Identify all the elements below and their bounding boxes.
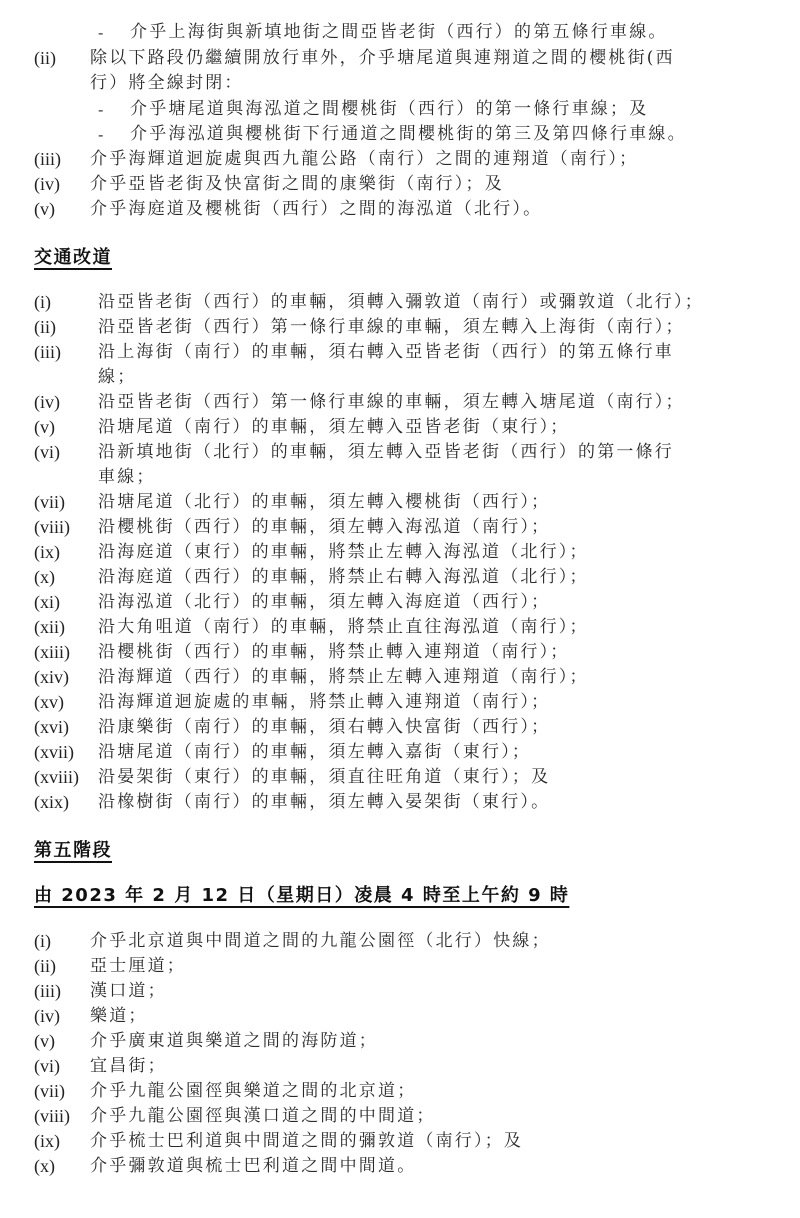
list-item-text: 沿塘尾道（南行）的車輛，須左轉入嘉街（東行）； — [98, 740, 531, 765]
list-item: (vii) 介乎九龍公園徑與樂道之間的北京道； — [0, 1079, 800, 1104]
list-item: (xi) 沿海泓道（北行）的車輛，須左轉入海庭道（西行）； — [0, 590, 800, 615]
list-item-text: 沿上海街（南行）的車輛，須右轉入亞皆老街（西行）的第五條行車 — [98, 340, 674, 365]
list-item-text: 亞士厘道； — [90, 954, 186, 979]
list-item-text: 沿海輝道迴旋處的車輛，將禁止轉入連翔道（南行）； — [98, 690, 550, 715]
list-item-label: (viii) — [34, 515, 70, 540]
list-item-text: 介乎塘尾道與海泓道之間櫻桃街（西行）的第一條行車線；及 — [130, 97, 648, 122]
list-item: (iii) 漢口道； — [0, 979, 800, 1004]
list-item: - 介乎塘尾道與海泓道之間櫻桃街（西行）的第一條行車線；及 — [0, 97, 800, 122]
list-item-label: (xiv) — [34, 665, 69, 690]
list-item: (xiii) 沿櫻桃街（西行）的車輛，將禁止轉入連翔道（南行）； — [0, 640, 800, 665]
bullet-dash: - — [98, 122, 103, 147]
list-item-label: (v) — [34, 1029, 55, 1054]
list-item: (xvi) 沿康樂街（南行）的車輛，須右轉入快富街（西行）； — [0, 715, 800, 740]
list-item-label: (xii) — [34, 615, 65, 640]
list-item-text: 介乎彌敦道與梳士巴利道之間中間道。 — [90, 1154, 416, 1179]
list-item-label: (iv) — [34, 1004, 60, 1029]
list-item: (vi) 宜昌街； — [0, 1054, 800, 1079]
list-item-label: (v) — [34, 197, 55, 222]
list-item-label: (viii) — [34, 1104, 70, 1129]
list-item-label: (x) — [34, 1154, 55, 1179]
list-item: (vi) 沿新填地街（北行）的車輛，須左轉入亞皆老街（西行）的第一條行 — [0, 440, 800, 465]
list-item-text: 介乎海泓道與櫻桃街下行通道之間櫻桃街的第三及第四條行車線。 — [130, 122, 687, 147]
list-item-text: 介乎九龍公園徑與樂道之間的北京道； — [90, 1079, 416, 1104]
list-item-label: (iv) — [34, 172, 60, 197]
list-item: (xix) 沿橡樹街（南行）的車輛，須左轉入晏架街（東行）。 — [0, 790, 800, 815]
bullet-dash: - — [98, 97, 103, 122]
list-item-text: 介乎北京道與中間道之間的九龍公園徑（北行）快線； — [90, 929, 551, 954]
list-item-text: 沿大角咀道（南行）的車輛，將禁止直往海泓道（南行）； — [98, 615, 589, 640]
list-item: (ix) 介乎梳士巴利道與中間道之間的彌敦道（南行）；及 — [0, 1129, 800, 1154]
list-item-text: 介乎亞皆老街及快富街之間的康樂街（南行）；及 — [90, 172, 504, 197]
list-item-text: 沿海泓道（北行）的車輛，須左轉入海庭道（西行）； — [98, 590, 550, 615]
list-item: (xvii) 沿塘尾道（南行）的車輛，須左轉入嘉街（東行）； — [0, 740, 800, 765]
list-item-text: 沿海輝道（西行）的車輛，將禁止左轉入連翔道（南行）； — [98, 665, 589, 690]
list-item-text: 行）將全線封閉： — [90, 71, 244, 96]
list-item: (v) 沿塘尾道（南行）的車輛，須左轉入亞皆老街（東行）； — [0, 415, 800, 440]
list-item-text: 沿海庭道（東行）的車輛，將禁止左轉入海泓道（北行）； — [98, 540, 589, 565]
list-item-label: (vi) — [34, 440, 60, 465]
list-item: (xviii) 沿晏架街（東行）的車輛，須直往旺角道（東行）；及 — [0, 765, 800, 790]
list-item-label: (ii) — [34, 954, 56, 979]
list-item-text: 沿新填地街（北行）的車輛，須左轉入亞皆老街（西行）的第一條行 — [98, 440, 674, 465]
list-item-text: 宜昌街； — [90, 1054, 167, 1079]
list-item-text: 沿亞皆老街（西行）第一條行車線的車輛，須左轉入塘尾道（南行）； — [98, 390, 685, 415]
list-item: (xiv) 沿海輝道（西行）的車輛，將禁止左轉入連翔道（南行）； — [0, 665, 800, 690]
list-item: (ii) 亞士厘道； — [0, 954, 800, 979]
list-item: - 介乎上海街與新填地街之間亞皆老街（西行）的第五條行車線。 — [0, 20, 800, 45]
list-item-text: 介乎廣東道與樂道之間的海防道； — [90, 1029, 378, 1054]
list-item-label: (xix) — [34, 790, 69, 815]
list-item-text: 除以下路段仍繼續開放行車外，介乎塘尾道與連翔道之間的櫻桃街(西 — [90, 46, 675, 71]
list-item: (iii) 沿上海街（南行）的車輛，須右轉入亞皆老街（西行）的第五條行車 — [0, 340, 800, 365]
list-item-label: (x) — [34, 565, 55, 590]
list-item-continuation: 行）將全線封閉： — [0, 71, 800, 96]
list-item: (ii) 沿亞皆老街（西行）第一條行車線的車輛，須左轉入上海街（南行）； — [0, 315, 800, 340]
list-item-label: (iii) — [34, 340, 61, 365]
list-item-label: (ix) — [34, 1129, 60, 1154]
list-item: (iii) 介乎海輝道迴旋處與西九龍公路（南行）之間的連翔道（南行）； — [0, 147, 800, 172]
list-item: (i) 介乎北京道與中間道之間的九龍公園徑（北行）快線； — [0, 929, 800, 954]
list-item-text: 沿橡樹街（南行）的車輛，須左轉入晏架街（東行）。 — [98, 790, 550, 815]
list-item-label: (xvii) — [34, 740, 74, 765]
list-item-label: (ii) — [34, 46, 56, 71]
list-item-label: (iii) — [34, 147, 61, 172]
list-item-label: (xi) — [34, 590, 60, 615]
list-item-text: 沿海庭道（西行）的車輛，將禁止右轉入海泓道（北行）； — [98, 565, 589, 590]
list-item-text: 沿亞皆老街（西行）第一條行車線的車輛，須左轉入上海街（南行）； — [98, 315, 685, 340]
list-item: (ix) 沿海庭道（東行）的車輛，將禁止左轉入海泓道（北行）； — [0, 540, 800, 565]
list-item-label: (xvi) — [34, 715, 69, 740]
list-item: (x) 沿海庭道（西行）的車輛，將禁止右轉入海泓道（北行）； — [0, 565, 800, 590]
list-item-label: (xv) — [34, 690, 64, 715]
section-heading-diversions: 交通改道 — [34, 243, 112, 269]
list-item-label: (v) — [34, 415, 55, 440]
list-item-label: (vii) — [34, 1079, 65, 1104]
stage-period-heading: 由 2023 年 2 月 12 日（星期日）凌晨 4 時至上午約 9 時 — [34, 881, 569, 907]
list-item-text: 沿櫻桃街（西行）的車輛，須左轉入海泓道（南行）； — [98, 515, 550, 540]
list-item: (viii) 沿櫻桃街（西行）的車輛，須左轉入海泓道（南行）； — [0, 515, 800, 540]
list-item-text: 沿塘尾道（南行）的車輛，須左轉入亞皆老街（東行）； — [98, 415, 570, 440]
list-item-text: 沿亞皆老街（西行）的車輛，須轉入彌敦道（南行）或彌敦道（北行）； — [98, 290, 704, 315]
list-item: (i) 沿亞皆老街（西行）的車輛，須轉入彌敦道（南行）或彌敦道（北行）； — [0, 290, 800, 315]
list-item: (v) 介乎海庭道及櫻桃街（西行）之間的海泓道（北行）。 — [0, 197, 800, 222]
list-item-text: 介乎海輝道迴旋處與西九龍公路（南行）之間的連翔道（南行）； — [90, 147, 638, 172]
list-item-label: (iii) — [34, 979, 61, 1004]
list-item-label: (vi) — [34, 1054, 60, 1079]
list-item: (x) 介乎彌敦道與梳士巴利道之間中間道。 — [0, 1154, 800, 1179]
list-item: (ii) 除以下路段仍繼續開放行車外，介乎塘尾道與連翔道之間的櫻桃街(西 — [0, 46, 800, 71]
list-item-text: 漢口道； — [90, 979, 167, 1004]
list-item-text: 線； — [98, 365, 136, 390]
list-item-label: (vii) — [34, 490, 65, 515]
list-item-text: 車線； — [98, 465, 156, 490]
list-item: (vii) 沿塘尾道（北行）的車輛，須左轉入櫻桃街（西行）； — [0, 490, 800, 515]
list-item-label: (xiii) — [34, 640, 70, 665]
list-item-continuation: 線； — [0, 365, 800, 390]
list-item-label: (iv) — [34, 390, 60, 415]
list-item-text: 樂道； — [90, 1004, 148, 1029]
list-item-text: 沿康樂街（南行）的車輛，須右轉入快富街（西行）； — [98, 715, 550, 740]
list-item: (xii) 沿大角咀道（南行）的車輛，將禁止直往海泓道（南行）； — [0, 615, 800, 640]
list-item: (iv) 沿亞皆老街（西行）第一條行車線的車輛，須左轉入塘尾道（南行）； — [0, 390, 800, 415]
section-heading-stage-five: 第五階段 — [34, 836, 112, 862]
list-item-label: (ix) — [34, 540, 60, 565]
bullet-dash: - — [98, 20, 103, 45]
list-item-text: 介乎梳士巴利道與中間道之間的彌敦道（南行）；及 — [90, 1129, 523, 1154]
list-item-text: 介乎九龍公園徑與漢口道之間的中間道； — [90, 1104, 436, 1129]
list-item-text: 沿塘尾道（北行）的車輛，須左轉入櫻桃街（西行）； — [98, 490, 550, 515]
list-item-text: 沿櫻桃街（西行）的車輛，將禁止轉入連翔道（南行）； — [98, 640, 570, 665]
list-item: (iv) 樂道； — [0, 1004, 800, 1029]
list-item-label: (i) — [34, 929, 51, 954]
list-item-label: (xviii) — [34, 765, 79, 790]
list-item-label: (i) — [34, 290, 51, 315]
list-item: (xv) 沿海輝道迴旋處的車輛，將禁止轉入連翔道（南行）； — [0, 690, 800, 715]
list-item-label: (ii) — [34, 315, 56, 340]
list-item-text: 介乎上海街與新填地街之間亞皆老街（西行）的第五條行車線。 — [130, 20, 668, 45]
list-item: - 介乎海泓道與櫻桃街下行通道之間櫻桃街的第三及第四條行車線。 — [0, 122, 800, 147]
list-item-continuation: 車線； — [0, 465, 800, 490]
list-item-text: 介乎海庭道及櫻桃街（西行）之間的海泓道（北行）。 — [90, 197, 542, 222]
list-item: (iv) 介乎亞皆老街及快富街之間的康樂街（南行）；及 — [0, 172, 800, 197]
list-item: (v) 介乎廣東道與樂道之間的海防道； — [0, 1029, 800, 1054]
list-item-text: 沿晏架街（東行）的車輛，須直往旺角道（東行）；及 — [98, 765, 550, 790]
list-item: (viii) 介乎九龍公園徑與漢口道之間的中間道； — [0, 1104, 800, 1129]
